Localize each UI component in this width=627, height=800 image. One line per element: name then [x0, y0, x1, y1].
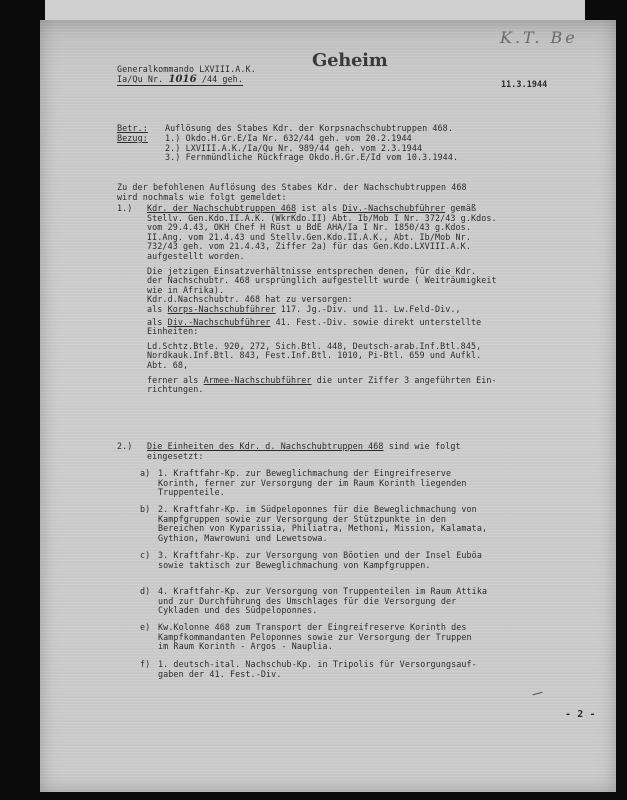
section-2: 2.) Die Einheiten des Kdr. d. Nachschubt…	[117, 442, 616, 461]
deployment-item: a)1. Kraftfahr-Kp. zur Beweglichmachung …	[140, 469, 600, 498]
secret-stamp: Geheim	[312, 50, 387, 71]
item-line: Gythion, Mawrowuni und Lewetsowa.	[158, 534, 600, 544]
item-letter: b)	[140, 505, 150, 515]
deployment-item: c)3. Kraftfahr-Kp. zur Versorgung von Bö…	[140, 551, 600, 570]
deployment-item: d)4. Kraftfahr-Kp. zur Versorgung von Tr…	[140, 587, 600, 616]
sender-block: Generalkommando LXVIII.A.K. Ia/Qu Nr. 10…	[117, 65, 256, 86]
reference-list: 1.) Okdo.H.Gr.E/Ia Nr. 632/44 geh. vom 2…	[165, 134, 458, 163]
div-line: als Div.-Nachschubführer 41. Fest.-Div. …	[147, 318, 616, 328]
item-line: gaben der 41. Fest.-Div.	[158, 670, 600, 680]
section-2-number: 2.)	[117, 442, 132, 452]
reference-label: Bezug:	[117, 134, 165, 144]
sender-line-2: Ia/Qu Nr. 1016 /44 geh.	[117, 75, 243, 87]
file-suffix: /44 geh.	[202, 74, 243, 84]
document-page: K.T. Be Geheim Generalkommando LXVIII.A.…	[40, 20, 616, 792]
page-number: - 2 -	[565, 710, 596, 720]
item-letter: e)	[140, 623, 150, 633]
item-letter: a)	[140, 469, 150, 479]
intro-line: wird nochmals wie folgt gemeldet:	[117, 193, 467, 203]
item-line: Truppenteile.	[158, 488, 600, 498]
div-line-2: Einheiten:	[147, 327, 616, 337]
section-1: 1.) Kdr. der Nachschubtruppen 468 ist al…	[117, 204, 616, 395]
deployment-item: e)Kw.Kolonne 468 zum Transport der Eingr…	[140, 623, 600, 652]
handwritten-tick-mark	[533, 692, 544, 699]
section-1-number: 1.)	[117, 204, 132, 214]
subject-text: Auflösung des Stabes Kdr. der Korpsnachs…	[165, 123, 453, 133]
handwritten-initials: K.T. Be	[500, 28, 578, 47]
unit-line: Abt. 68,	[147, 361, 616, 371]
intro-paragraph: Zu der befohlenen Auflösung des Stabes K…	[117, 183, 467, 202]
item-letter: d)	[140, 587, 150, 597]
item-line: Cykladen und des Südpeloponnes.	[158, 606, 600, 616]
deployment-item: b)2. Kraftfahr-Kp. im Südpeloponnes für …	[140, 505, 600, 543]
item-line: im Raum Korinth - Argos - Nauplia.	[158, 642, 600, 652]
item-letter: f)	[140, 660, 150, 670]
armee-line-2: richtungen.	[147, 385, 616, 395]
deployment-item: f)1. deutsch-ital. Nachschub-Kp. in Trip…	[140, 660, 600, 679]
item-letter: c)	[140, 551, 150, 561]
handwritten-file-number: 1016	[168, 74, 196, 85]
units-list: Ld.Schtz.Btle. 920, 272, Sich.Btl. 448, …	[147, 342, 616, 371]
section-2-lead: Die Einheiten des Kdr. d. Nachschubtrupp…	[147, 442, 616, 452]
file-prefix: Ia/Qu Nr.	[117, 74, 163, 84]
text-line: aufgestellt worden.	[147, 252, 616, 262]
item-line: sowie taktisch zur Beweglichmachung von …	[158, 561, 600, 571]
section-1-paragraph-2: Die jetzigen Einsatzverhältnisse entspre…	[147, 267, 616, 305]
armee-line: ferner als Armee-Nachschubführer die unt…	[147, 376, 616, 386]
document-date: 11.3.1944	[501, 80, 547, 90]
korps-line: als Korps-Nachschubführer 117. Jg.-Div. …	[147, 305, 616, 315]
section-1-lines: Stellv. Gen.Kdo.II.A.K. (WkrKdo.II) Abt.…	[147, 214, 616, 262]
reference-block: Bezug:1.) Okdo.H.Gr.E/Ia Nr. 632/44 geh.…	[117, 134, 458, 163]
reference-item: 3.) Fernmündliche Rückfrage Okdo.H.Gr.E/…	[165, 153, 458, 163]
unit-line: Nordkauk.Inf.Btl. 843, Fest.Inf.Btl. 101…	[147, 351, 616, 361]
section-2-lead-line-2: eingesetzt:	[147, 452, 616, 462]
